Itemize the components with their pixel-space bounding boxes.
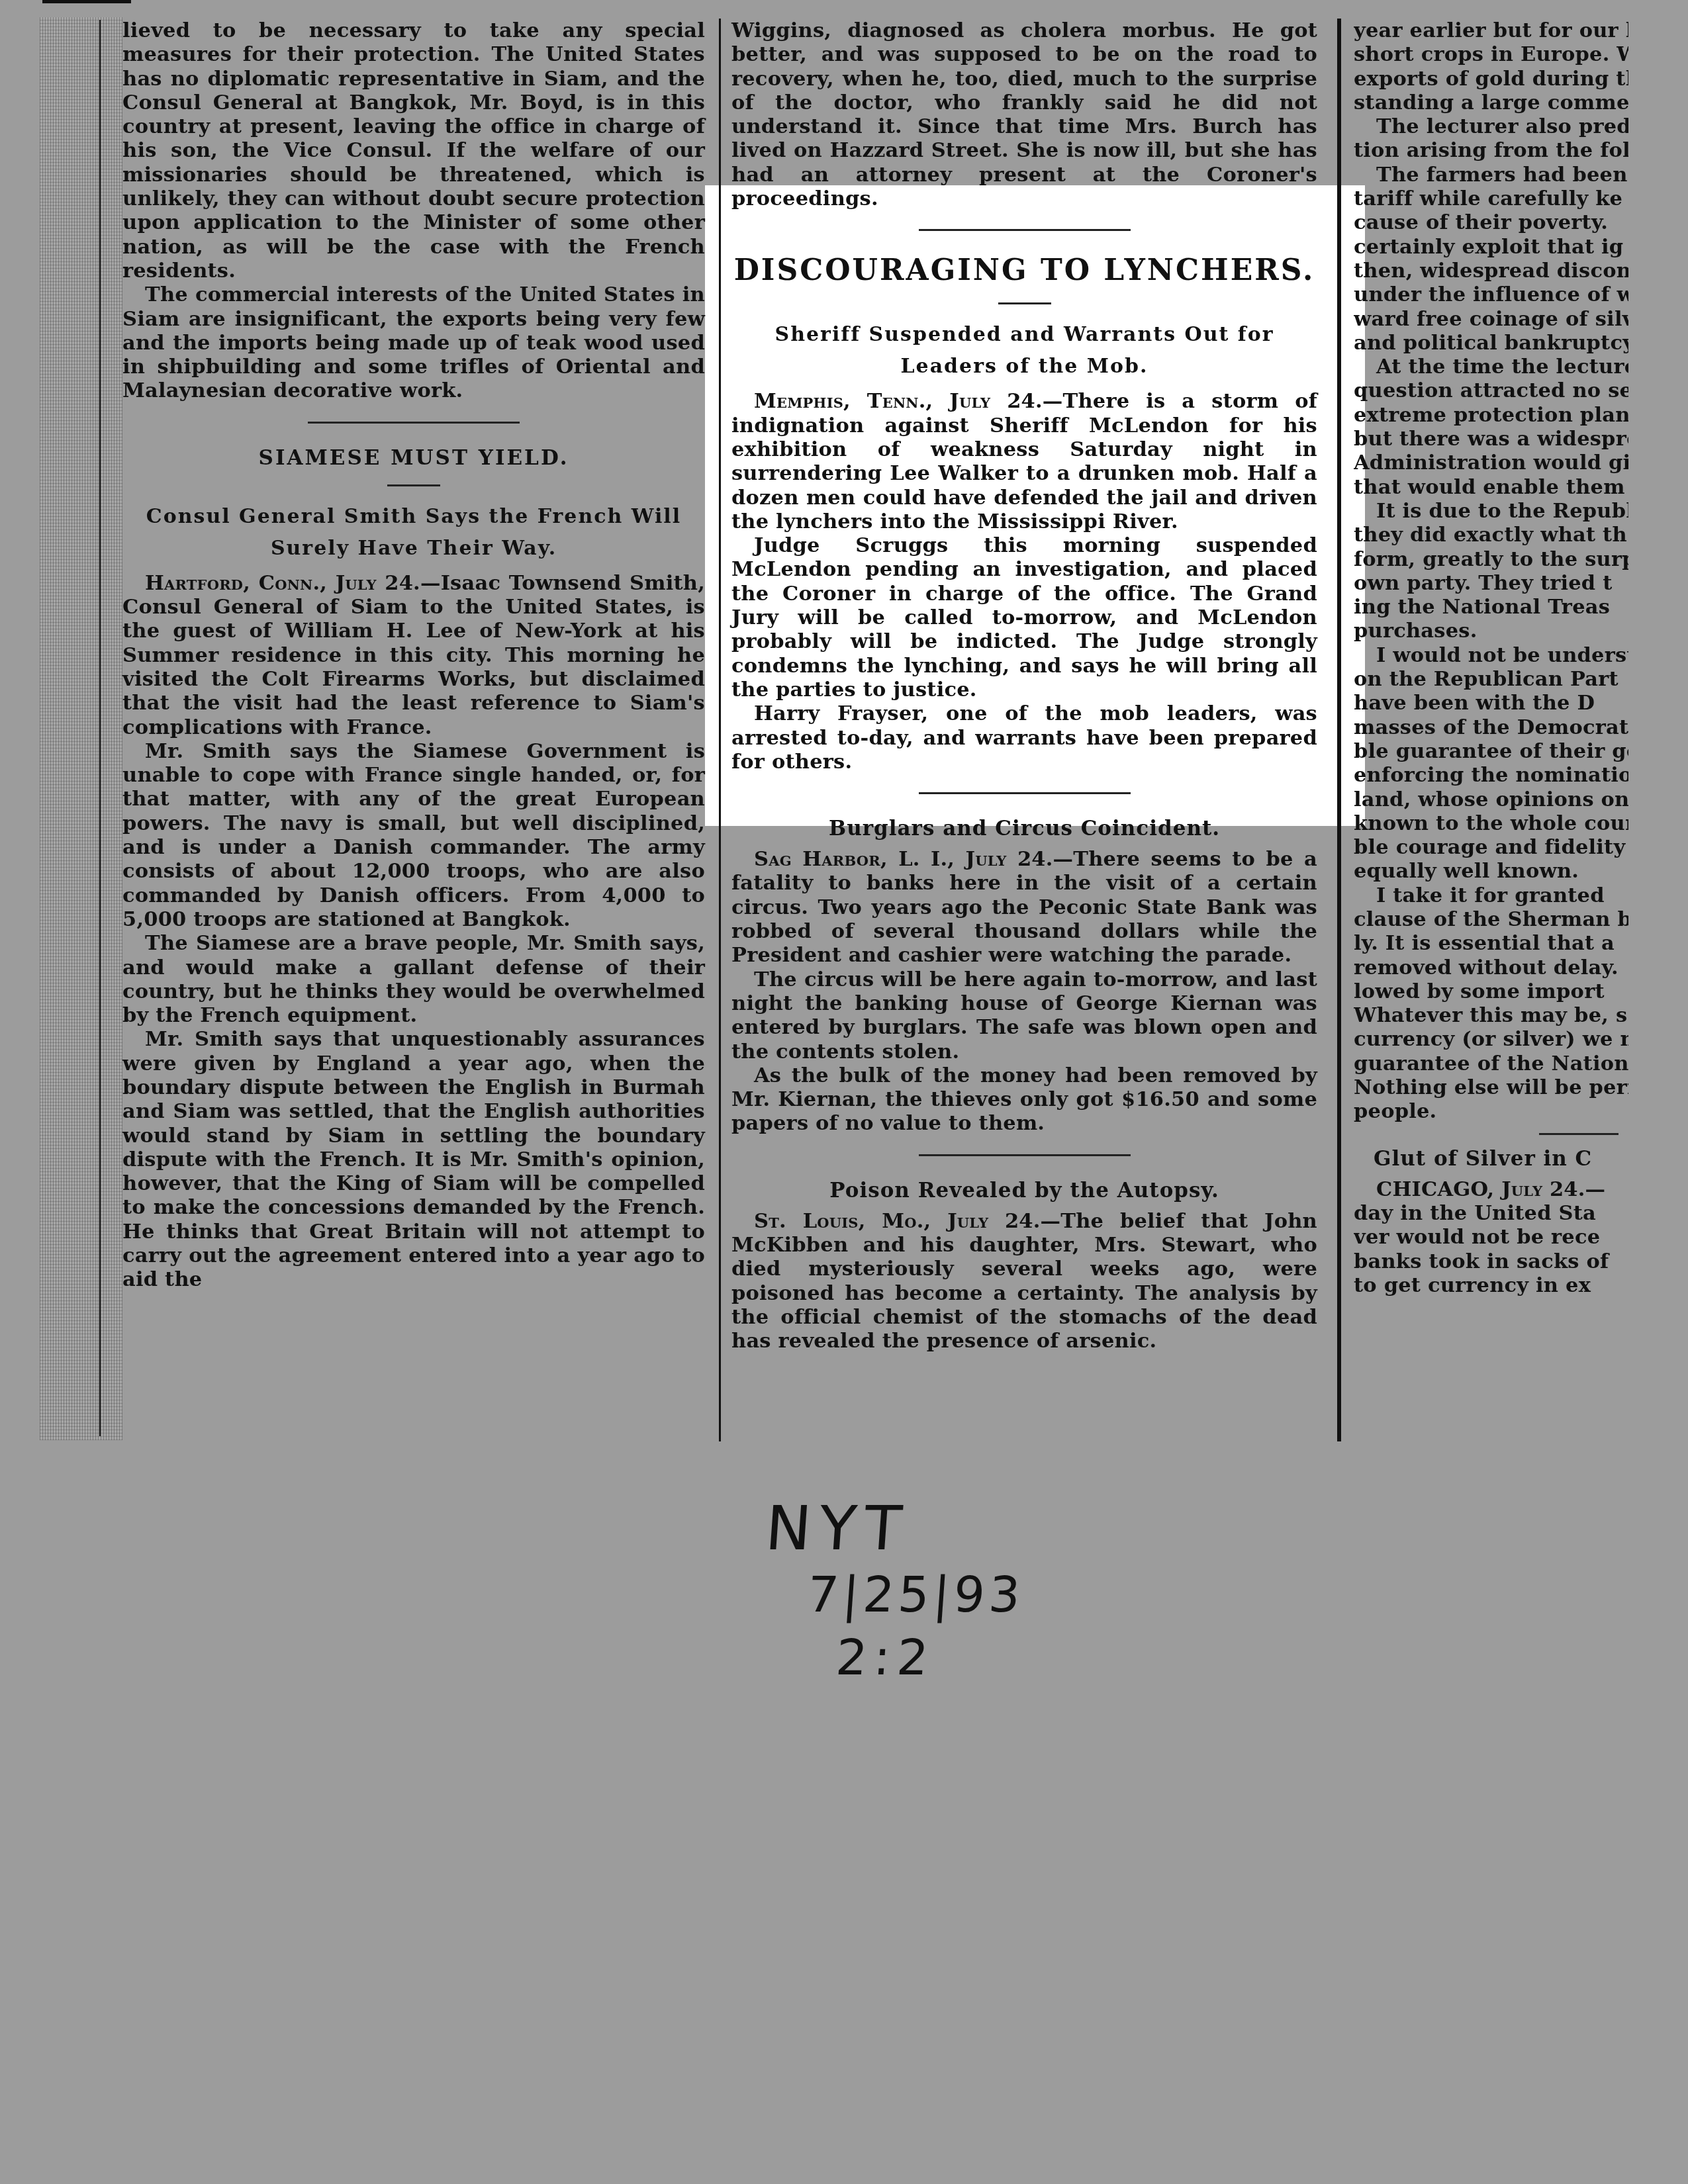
text-line: certainly exploit that ig [1354,235,1628,259]
top-edge-mark [42,0,131,3]
column-rule [719,19,721,1441]
text-line: I take it for granted [1354,884,1628,907]
body-paragraph: Judge Scruggs this morning suspended McL… [731,533,1317,702]
annotation-source: NYT [763,1496,1031,1562]
text-line: enforcing the nomination [1354,763,1628,787]
text-line: I would not be underst [1354,643,1628,667]
text-line: known to the whole coun [1354,811,1628,835]
text-line: Nothing else will be perm [1354,1075,1628,1099]
text-line: ward free coinage of silve [1354,307,1628,331]
body-paragraph: The circus will be here again to-morrow,… [731,968,1317,1064]
text-line: to get currency in ex [1354,1273,1628,1297]
handwritten-annotation: NYT 7|25|93 2:2 [755,1496,1031,1688]
article-separator [308,422,520,424]
text-line: extreme protection plank [1354,403,1628,427]
dateline: Sag Harbor, L. I., July 24. [754,847,1053,871]
text-line: ver would not be rece [1354,1225,1628,1249]
text-line: ble courage and fidelity [1354,835,1628,859]
body-paragraph: Mr. Smith says the Siamese Government is… [122,739,705,931]
lead-paragraph: Sag Harbor, L. I., July 24.—There seems … [731,847,1317,967]
text-line: people. [1354,1099,1628,1123]
lead-paragraph: Hartford, Conn., July 24.—Isaac Townsend… [122,571,705,739]
text-line: standing a large commerc [1354,91,1628,114]
text-line: land, whose opinions on [1354,788,1628,811]
text-line: equally well known. [1354,859,1628,883]
text-line: guarantee of the Nation [1354,1052,1628,1075]
text-line: masses of the Democrati [1354,715,1628,739]
lead-paragraph: Memphis, Tenn., July 24.—There is a stor… [731,389,1317,533]
featured-deck: Sheriff Suspended and Warrants Out for L… [731,319,1317,383]
left-column: lieved to be necessary to take any speci… [122,19,705,1292]
body-paragraph: Harry Frayser, one of the mob leaders, w… [731,702,1317,774]
text-line: tion arising from the follo [1354,138,1628,162]
text-line: exports of gold during the [1354,67,1628,91]
continued-paragraph: The commercial interests of the United S… [122,283,705,402]
middle-column: Wiggins, diagnosed as cholera morbus. He… [731,19,1317,1353]
text-line: under the influence of w [1354,283,1628,306]
right-column-cut-off: year earlier but for our lashort crops i… [1354,19,1628,1441]
annotation-page-column: 2:2 [834,1628,1022,1688]
text-line: that would enable them t [1354,475,1628,499]
text-line: own party. They tried t [1354,571,1628,595]
dateline: Memphis, Tenn., July 24. [754,389,1043,413]
text-line: Whatever this may be, s [1354,1003,1628,1027]
text-line: on the Republican Part [1354,667,1628,691]
text-line: day in the United Sta [1354,1201,1628,1225]
text-line: ble guarantee of their go [1354,739,1628,763]
headline: Burglars and Circus Coincident. [731,814,1317,843]
continued-paragraph: Wiggins, diagnosed as cholera morbus. He… [731,19,1317,210]
lead-paragraph: St. Louis, Mo., July 24.—The belief that… [731,1209,1317,1353]
text-line: then, widespread discon [1354,259,1628,283]
text-line: and political bankruptcy. [1354,331,1628,355]
annotation-date: 7|25|93 [805,1562,1026,1628]
featured-headline: DISCOURAGING TO LYNCHERS. [731,251,1317,291]
text-line: but there was a widespre [1354,427,1628,451]
text-line: banks took in sacks of [1354,1250,1628,1273]
headline-separator [998,302,1051,304]
text-line: have been with the D [1354,691,1628,715]
scan-noise-margin [40,17,122,1440]
text-line: CHICAGO, July 24.— [1354,1177,1628,1201]
text-line: they did exactly what th [1354,523,1628,547]
text-line: The lecturer also predic [1354,114,1628,138]
dateline: Hartford, Conn., July 24. [145,571,420,595]
text-line: purchases. [1354,619,1628,643]
text-line: year earlier but for our la [1354,19,1628,42]
body-paragraph: The Siamese are a brave people, Mr. Smit… [122,931,705,1027]
article-separator [919,792,1131,794]
text-line: Administration would gi [1354,451,1628,475]
headline: Poison Revealed by the Autopsy. [731,1176,1317,1205]
text-line: It is due to the Republi [1354,499,1628,523]
dateline: St. Louis, Mo., July 24. [754,1209,1041,1233]
text-line: The farmers had been [1354,163,1628,187]
text-line: ly. It is essential that a [1354,931,1628,955]
article-separator [919,229,1131,231]
text-line: clause of the Sherman bil [1354,907,1628,931]
article-separator [919,1154,1131,1156]
deck: Consul General Smith Says the French Wil… [122,501,705,565]
text-line: lowed by some import [1354,979,1628,1003]
text-line: short crops in Europe. W [1354,42,1628,66]
continued-paragraph: lieved to be necessary to take any speci… [122,19,705,283]
column-rule [99,20,101,1436]
headline: SIAMESE MUST YIELD. [122,443,705,473]
text-line: currency (or silver) we m [1354,1027,1628,1051]
right-column-lines: year earlier but for our lashort crops i… [1354,19,1628,1124]
headline-separator [387,484,440,486]
article-separator [1539,1133,1618,1135]
text-line: cause of their poverty. [1354,210,1628,234]
text-line: ing the National Treas [1354,595,1628,619]
right-column-after-headline: CHICAGO, July 24.—day in the United Stav… [1354,1177,1628,1297]
text-line: form, greatly to the surpr [1354,547,1628,571]
column-rule [1337,19,1341,1441]
headline: Glut of Silver in C [1374,1144,1628,1173]
text-line: removed without delay. [1354,956,1628,979]
text-line: question attracted no seri [1354,379,1628,402]
body-paragraph: Mr. Smith says that unquestionably assur… [122,1027,705,1291]
body-paragraph: As the bulk of the money had been remove… [731,1064,1317,1136]
text-line: tariff while carefully ke [1354,187,1628,210]
text-line: At the time the lecture [1354,355,1628,379]
